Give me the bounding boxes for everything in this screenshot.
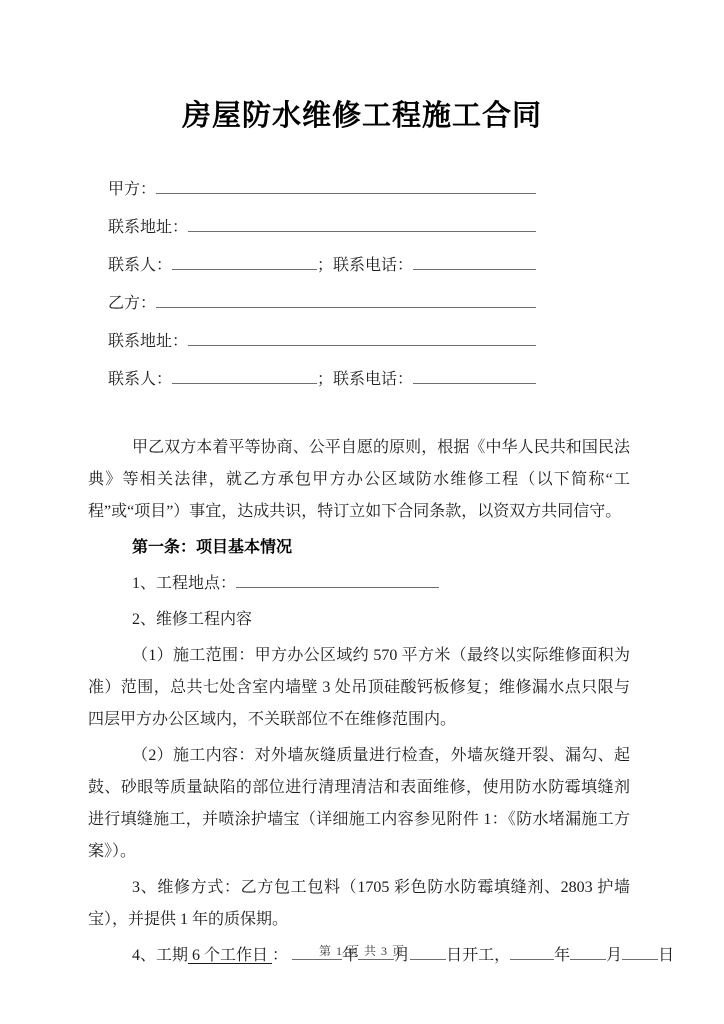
party-b-contact-blank — [172, 367, 317, 384]
party-a-contact-blank — [172, 253, 317, 270]
party-a-phone-label: ；联系电话： — [317, 252, 413, 275]
repair-content-heading: 2、维修工程内容 — [88, 604, 630, 636]
page-number-footer: 第 1 页 共 3 页 — [0, 942, 724, 959]
party-b-name-blank — [156, 291, 536, 308]
intro-paragraph: 甲乙双方本着平等协商、公平自愿的原则，根据《中华人民共和国民法典》等相关法律，就… — [88, 432, 630, 528]
repair-method-paragraph: 3、维修方式：乙方包工包料（1705 彩色防水防霉填缝剂、2803 护墙宝），并… — [88, 872, 630, 936]
contract-page: 房屋防水维修工程施工合同 甲方： 联系地址： 联系人： ；联系电话： 乙方： 联… — [0, 0, 724, 1024]
party-b-address-label: 联系地址： — [108, 328, 188, 351]
party-b-name-row: 乙方： — [108, 290, 536, 310]
party-a-phone-blank — [413, 253, 536, 270]
party-a-label: 甲方： — [108, 176, 156, 199]
party-a-address-blank — [188, 215, 536, 232]
contract-body: 甲乙双方本着平等协商、公平自愿的原则，根据《中华人民共和国民法典》等相关法律，就… — [88, 432, 630, 972]
party-b-address-blank — [188, 329, 536, 346]
party-b-contact-row: 联系人： ；联系电话： — [108, 366, 536, 386]
party-b-contact-label: 联系人： — [108, 366, 172, 389]
party-a-address-row: 联系地址： — [108, 214, 536, 234]
party-a-name-row: 甲方： — [108, 176, 536, 196]
party-a-contact-row: 联系人： ；联系电话： — [108, 252, 536, 272]
party-a-address-label: 联系地址： — [108, 214, 188, 237]
project-location-blank — [236, 571, 439, 588]
project-location-line: 1、工程地点： — [88, 568, 630, 600]
party-b-label: 乙方： — [108, 290, 156, 313]
party-b-phone-label: ；联系电话： — [317, 366, 413, 389]
party-b-address-row: 联系地址： — [108, 328, 536, 348]
project-location-label: 1、工程地点： — [132, 575, 236, 592]
document-title: 房屋防水维修工程施工合同 — [0, 98, 724, 134]
party-a-contact-label: 联系人： — [108, 252, 172, 275]
section1-heading: 第一条：项目基本情况 — [88, 532, 630, 564]
party-a-name-blank — [156, 177, 536, 194]
construction-content-paragraph: （2）施工内容：对外墙灰缝质量进行检查，外墙灰缝开裂、漏勾、起鼓、砂眼等质量缺陷… — [88, 740, 630, 868]
parties-block: 甲方： 联系地址： 联系人： ；联系电话： 乙方： 联系地址： 联系人： ；联系… — [108, 176, 536, 386]
party-b-phone-blank — [413, 367, 536, 384]
construction-scope-paragraph: （1）施工范围：甲方办公区域约 570 平方米（最终以实际维修面积为准）范围，总… — [88, 640, 630, 736]
